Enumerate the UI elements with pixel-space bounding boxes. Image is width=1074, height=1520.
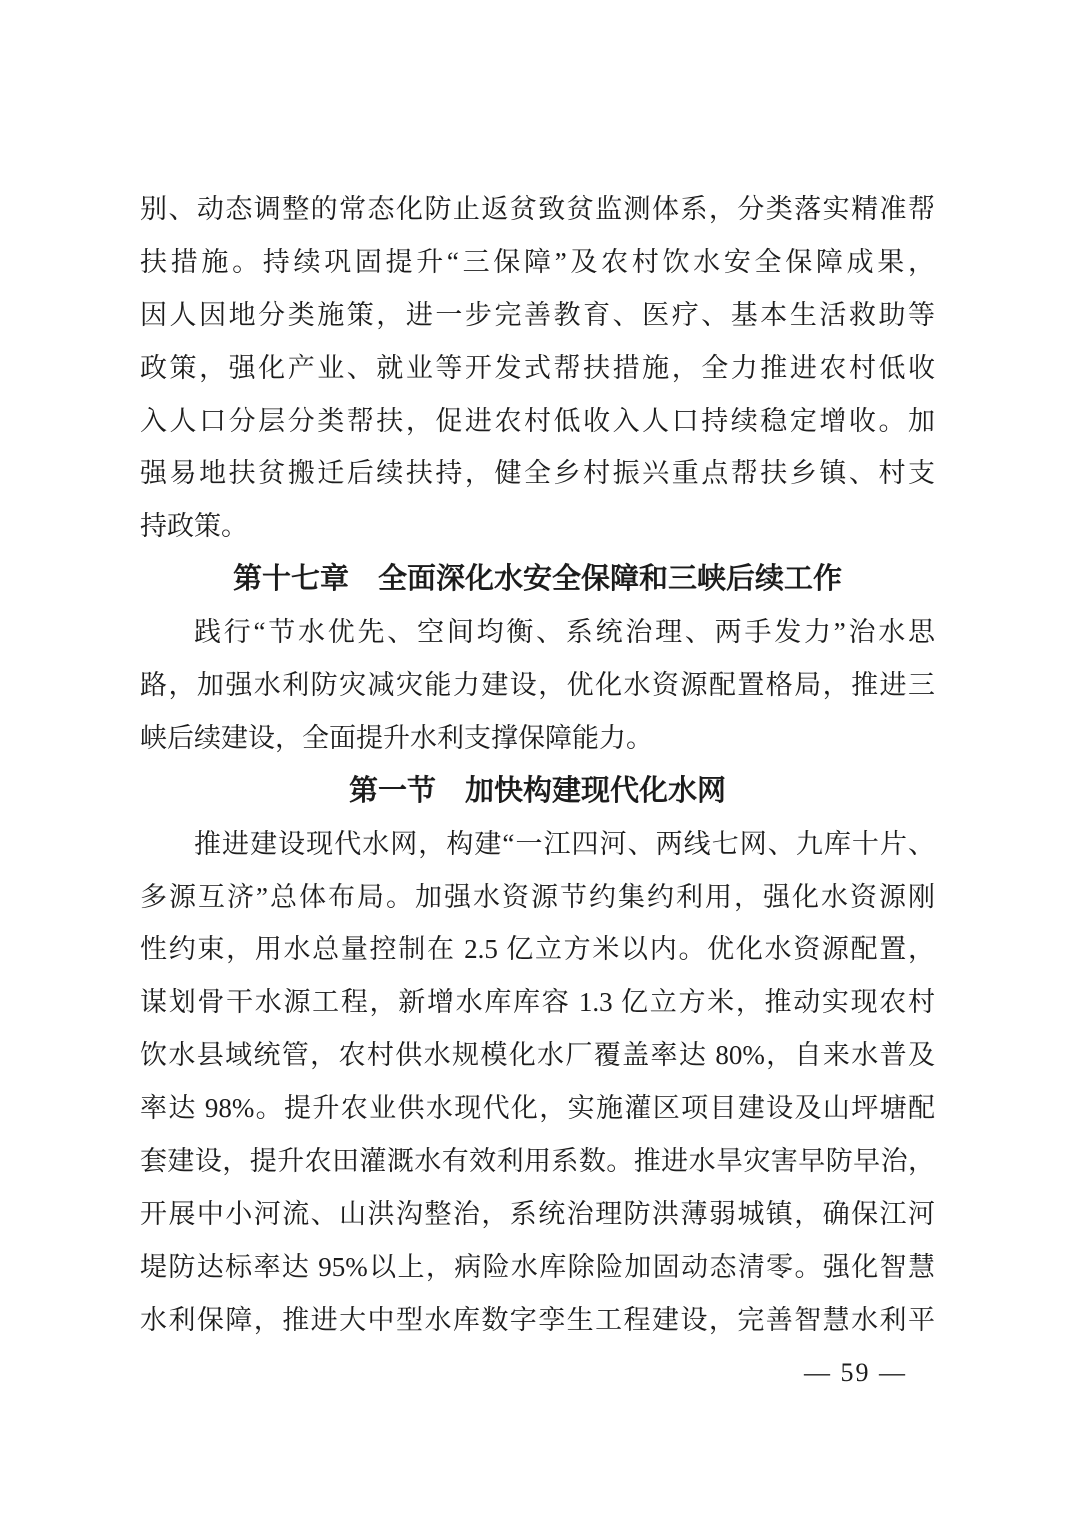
body-line: 路，加强水利防灾减灾能力建设，优化水资源配置格局，推进三 [140, 659, 935, 712]
body-line: 政策，强化产业、就业等开发式帮扶措施，全力推进农村低收 [140, 342, 935, 395]
body-line: 饮水县域统管，农村供水规模化水厂覆盖率达 80%，自来水普及 [140, 1029, 935, 1082]
document-body: 别、动态调整的常态化防止返贫致贫监测体系，分类落实精准帮 扶措施。持续巩固提升“… [140, 183, 935, 1399]
body-line: 多源互济”总体布局。加强水资源节约集约利用，强化水资源刚 [140, 871, 935, 924]
page-number: — 59 — [140, 1347, 935, 1400]
body-line: 性约束，用水总量控制在 2.5 亿立方米以内。优化水资源配置， [140, 923, 935, 976]
body-line: 扶措施。持续巩固提升“三保障”及农村饮水安全保障成果， [140, 236, 935, 289]
body-line: 践行“节水优先、空间均衡、系统治理、两手发力”治水思 [140, 606, 935, 659]
body-line: 堤防达标率达 95%以上，病险水库除险加固动态清零。强化智慧 [140, 1241, 935, 1294]
body-line: 开展中小河流、山洪沟整治，系统治理防洪薄弱城镇，确保江河 [140, 1188, 935, 1241]
body-line: 强易地扶贫搬迁后续扶持，健全乡村振兴重点帮扶乡镇、村支 [140, 447, 935, 500]
body-line: 持政策。 [140, 500, 935, 553]
body-line: 水利保障，推进大中型水库数字孪生工程建设，完善智慧水利平 [140, 1294, 935, 1347]
chapter-heading: 第十七章 全面深化水安全保障和三峡后续工作 [140, 553, 935, 606]
body-line: 率达 98%。提升农业供水现代化，实施灌区项目建设及山坪塘配 [140, 1082, 935, 1135]
document-page: 别、动态调整的常态化防止返贫致贫监测体系，分类落实精准帮 扶措施。持续巩固提升“… [0, 0, 1074, 1520]
body-line: 因人因地分类施策，进一步完善教育、医疗、基本生活救助等 [140, 289, 935, 342]
body-line: 别、动态调整的常态化防止返贫致贫监测体系，分类落实精准帮 [140, 183, 935, 236]
body-line: 推进建设现代水网，构建“一江四河、两线七网、九库十片、 [140, 818, 935, 871]
body-line: 峡后续建设，全面提升水利支撑保障能力。 [140, 712, 935, 765]
body-line: 入人口分层分类帮扶，促进农村低收入人口持续稳定增收。加 [140, 395, 935, 448]
section-heading: 第一节 加快构建现代化水网 [140, 765, 935, 818]
body-line: 谋划骨干水源工程，新增水库库容 1.3 亿立方米，推动实现农村 [140, 976, 935, 1029]
body-line: 套建设，提升农田灌溉水有效利用系数。推进水旱灾害早防早治， [140, 1135, 935, 1188]
